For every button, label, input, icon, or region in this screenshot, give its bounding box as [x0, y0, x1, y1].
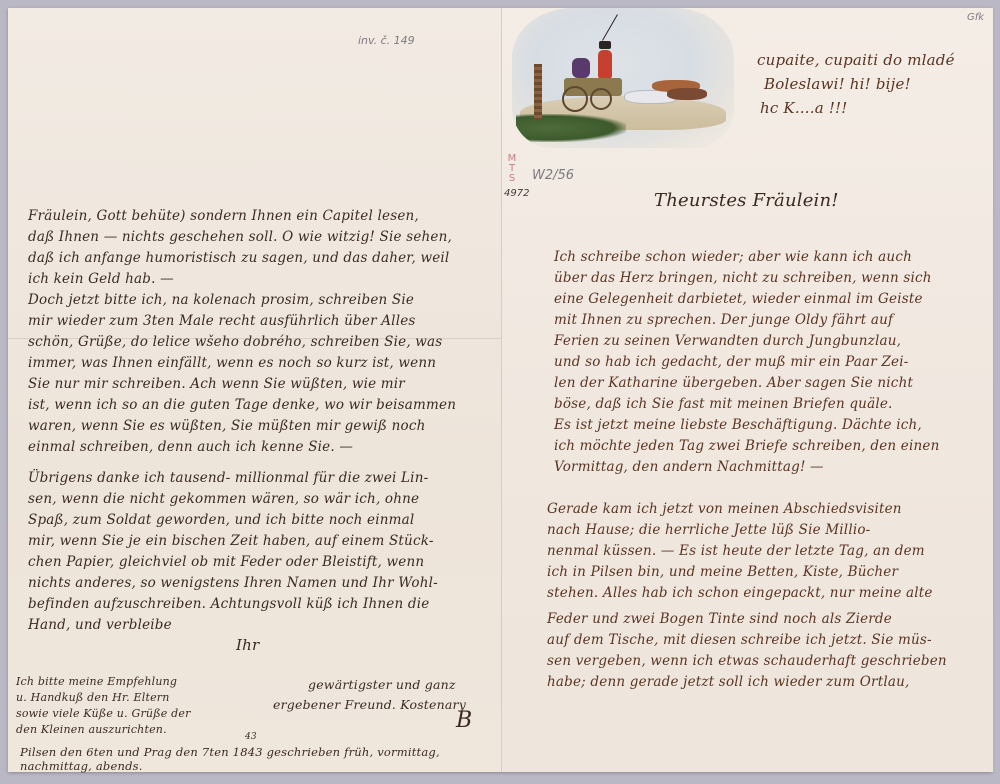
body-line: sen, wenn die nicht gekommen wären, so w…	[28, 492, 419, 506]
body-line: einmal schreiben, denn auch ich kenne Si…	[28, 440, 353, 454]
body-line: über das Herz bringen, nicht zu schreibe…	[554, 271, 932, 285]
body-line: len der Katharine übergeben. Aber sagen …	[554, 376, 913, 390]
wheel-icon	[562, 86, 588, 112]
signature-line: ergebener Freund. Kostenary	[273, 698, 466, 712]
driver-figure	[598, 50, 612, 78]
body-line: Ferien zu seinen Verwandten durch Jungbu…	[554, 334, 901, 348]
left-page: inv. č. 149 Fräulein, Gott behüte) sonde…	[8, 8, 501, 772]
body-line: befinden aufzuschreiben. Achtungsvoll kü…	[28, 597, 429, 611]
body-line: Es ist jetzt meine liebste Beschäftigung…	[554, 418, 922, 432]
body-line: Hand, und verbleibe	[28, 618, 172, 632]
passenger-figure	[572, 58, 590, 78]
closing-word: Ihr	[236, 638, 259, 652]
archive-number: 4972	[504, 188, 529, 199]
body-line: daß Ihnen — nichts geschehen soll. O wie…	[28, 230, 452, 244]
postscript-line: Ich bitte meine Empfehlung	[16, 676, 177, 688]
body-line: eine Gelegenheit darbietet, wieder einma…	[554, 292, 923, 306]
body-line: mit Ihnen zu sprechen. Der junge Oldy fä…	[554, 313, 893, 327]
body-line: waren, wenn Sie es wüßten, Sie müßten mi…	[28, 419, 425, 433]
body-line: immer, was Ihnen einfällt, wenn es noch …	[28, 356, 436, 370]
body-line: daß ich anfange humoristisch zu sagen, u…	[28, 251, 449, 265]
verse-line: hc K....a !!!	[760, 100, 848, 116]
body-line: mir wieder zum 3ten Male recht ausführli…	[28, 314, 416, 328]
archive-shelfmark: W2/56	[532, 168, 574, 183]
archive-stamp-letters: M T S	[506, 154, 518, 184]
body-line: Gerade kam ich jetzt von meinen Abschied…	[547, 502, 902, 516]
body-line: nichts anderes, so wenigstens Ihren Name…	[28, 576, 438, 590]
inventory-pencil-note: inv. č. 149	[358, 34, 415, 47]
postscript-line: u. Handkuß den Hr. Eltern	[16, 692, 170, 704]
body-line: habe; denn gerade jetzt soll ich wieder …	[547, 675, 910, 689]
carriage-vignette-image	[512, 8, 734, 148]
body-line: schön, Grüße, do lelice wšeho dobrého, s…	[28, 335, 442, 349]
verse-line: cupaite, cupaiti do mladé	[757, 52, 955, 68]
dark-horse-icon	[667, 88, 707, 100]
body-line: Übrigens danke ich tausend- millionmal f…	[28, 471, 428, 485]
body-line: chen Papier, gleichviel ob mit Feder ode…	[28, 555, 424, 569]
signature-monogram: B	[456, 710, 472, 732]
body-line: ich möchte jeden Tag zwei Briefe schreib…	[554, 439, 939, 453]
body-line: Vormittag, den andern Nachmittag! —	[554, 460, 824, 474]
bush-shape	[516, 114, 626, 142]
letter-sheet: inv. č. 149 Fräulein, Gott behüte) sonde…	[8, 8, 992, 772]
body-line: ist, wenn ich so an die guten Tage denke…	[28, 398, 456, 412]
body-line: sen vergeben, wenn ich etwas schauderhaf…	[547, 654, 947, 668]
salutation: Theurstes Fräulein!	[654, 191, 839, 211]
verse-line: Boleslawi! hi! bije!	[764, 76, 911, 92]
body-line: Feder und zwei Bogen Tinte sind noch als…	[547, 612, 892, 626]
right-page: cupaite, cupaiti do mladé Boleslawi! hi!…	[501, 8, 993, 772]
corner-pencil-note: Gfk	[967, 12, 984, 23]
date-line: nachmittag, abends.	[20, 760, 143, 772]
body-line: nenmal küssen. — Es ist heute der letzte…	[547, 544, 925, 558]
postscript-line: sowie viele Küße u. Grüße der	[16, 708, 191, 720]
body-line: ich in Pilsen bin, und meine Betten, Kis…	[547, 565, 898, 579]
date-line: Pilsen den 6ten und Prag den 7ten 1843 g…	[20, 746, 440, 758]
body-line: Doch jetzt bitte ich, na kolenach prosim…	[28, 293, 414, 307]
body-line: ich kein Geld hab. —	[28, 272, 174, 286]
milestone-post-icon	[534, 64, 542, 120]
body-line: mir, wenn Sie je ein bischen Zeit haben,…	[28, 534, 434, 548]
body-line: Fräulein, Gott behüte) sondern Ihnen ein…	[28, 209, 419, 223]
year-superscript: 43	[245, 732, 257, 742]
wheel-icon	[590, 88, 612, 110]
body-line: böse, daß ich Sie fast mit meinen Briefe…	[554, 397, 893, 411]
body-line: Ich schreibe schon wieder; aber wie kann…	[554, 250, 912, 264]
body-line: auf dem Tische, mit diesen schreibe ich …	[547, 633, 932, 647]
body-line: und so hab ich gedacht, der muß mir ein …	[554, 355, 909, 369]
body-line: Sie nur mir schreiben. Ach wenn Sie wüßt…	[28, 377, 405, 391]
postscript-line: den Kleinen auszurichten.	[16, 724, 167, 736]
signature-line: gewärtigster und ganz	[308, 678, 456, 692]
archive-stamp: M T S	[506, 154, 528, 184]
body-line: stehen. Alles hab ich schon eingepackt, …	[547, 586, 933, 600]
body-line: Spaß, zum Soldat geworden, und ich bitte…	[28, 513, 414, 527]
body-line: nach Hause; die herrliche Jette lüß Sie …	[547, 523, 870, 537]
